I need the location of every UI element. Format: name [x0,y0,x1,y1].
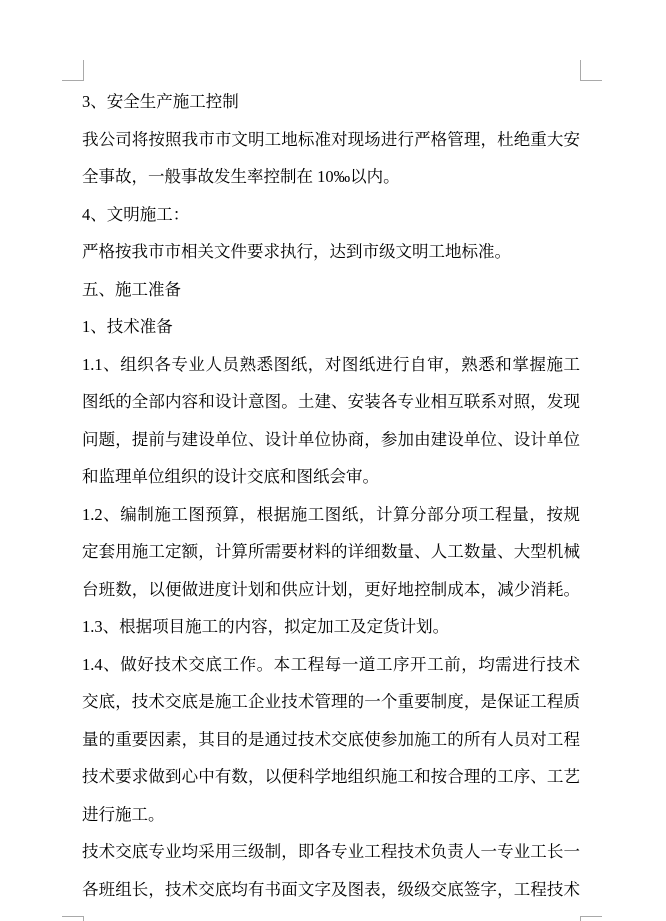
text-line: 3、安全生产施工控制 [82,83,580,121]
text-line: 1.2、编制施工图预算，根据施工图纸，计算分部分项工程量，按规 [82,496,580,534]
text-line: 和监理单位组织的设计交底和图纸会审。 [82,458,580,496]
text-line: 台班数，以便做进度计划和供应计划，更好地控制成本，减少消耗。 [82,571,580,609]
text-line: 定套用施工定额，计算所需要材料的详细数量、人工数量、大型机械 [82,533,580,571]
text-line: 1、技术准备 [82,308,580,346]
text-line: 量的重要因素，其目的是通过技术交底使参加施工的所有人员对工程 [82,721,580,759]
text-line: 技术交底专业均采用三级制，即各专业工程技术负责人一专业工长一 [82,833,580,871]
text-line: 图纸的全部内容和设计意图。土建、安装各专业相互联系对照，发现 [82,383,580,421]
text-line: 技术要求做到心中有数，以便科学地组织施工和按合理的工序、工艺 [82,758,580,796]
text-line: 进行施工。 [82,796,580,834]
text-line: 4、文明施工： [82,196,580,234]
text-line: 1.1、组织各专业人员熟悉图纸，对图纸进行自审，熟悉和掌握施工 [82,346,580,384]
document-text-area[interactable]: 3、安全生产施工控制我公司将按照我市市文明工地标准对现场进行严格管理，杜绝重大安… [82,83,580,908]
text-line: 各班组长，技术交底均有书面文字及图表，级级交底签字，工程技术 [82,871,580,909]
text-line: 交底，技术交底是施工企业技术管理的一个重要制度，是保证工程质 [82,683,580,721]
text-line: 全事故，一般事故发生率控制在 10‰以内。 [82,158,580,196]
text-boundary-mark-top-right [580,60,602,81]
text-line: 1.4、做好技术交底工作。本工程每一道工序开工前，均需进行技术 [82,646,580,684]
text-line: 1.3、根据项目施工的内容，拟定加工及定货计划。 [82,608,580,646]
text-line: 我公司将按照我市市文明工地标准对现场进行严格管理，杜绝重大安 [82,121,580,159]
text-line: 严格按我市市相关文件要求执行，达到市级文明工地标准。 [82,233,580,271]
text-boundary-mark-bottom-left [62,916,84,921]
document-page: 3、安全生产施工控制我公司将按照我市市文明工地标准对现场进行严格管理，杜绝重大安… [0,0,666,921]
text-boundary-mark-top-left [62,60,84,81]
text-line: 五、施工准备 [82,271,580,309]
text-boundary-mark-bottom-right [580,916,602,921]
text-line: 问题，提前与建设单位、设计单位协商，参加由建设单位、设计单位 [82,421,580,459]
